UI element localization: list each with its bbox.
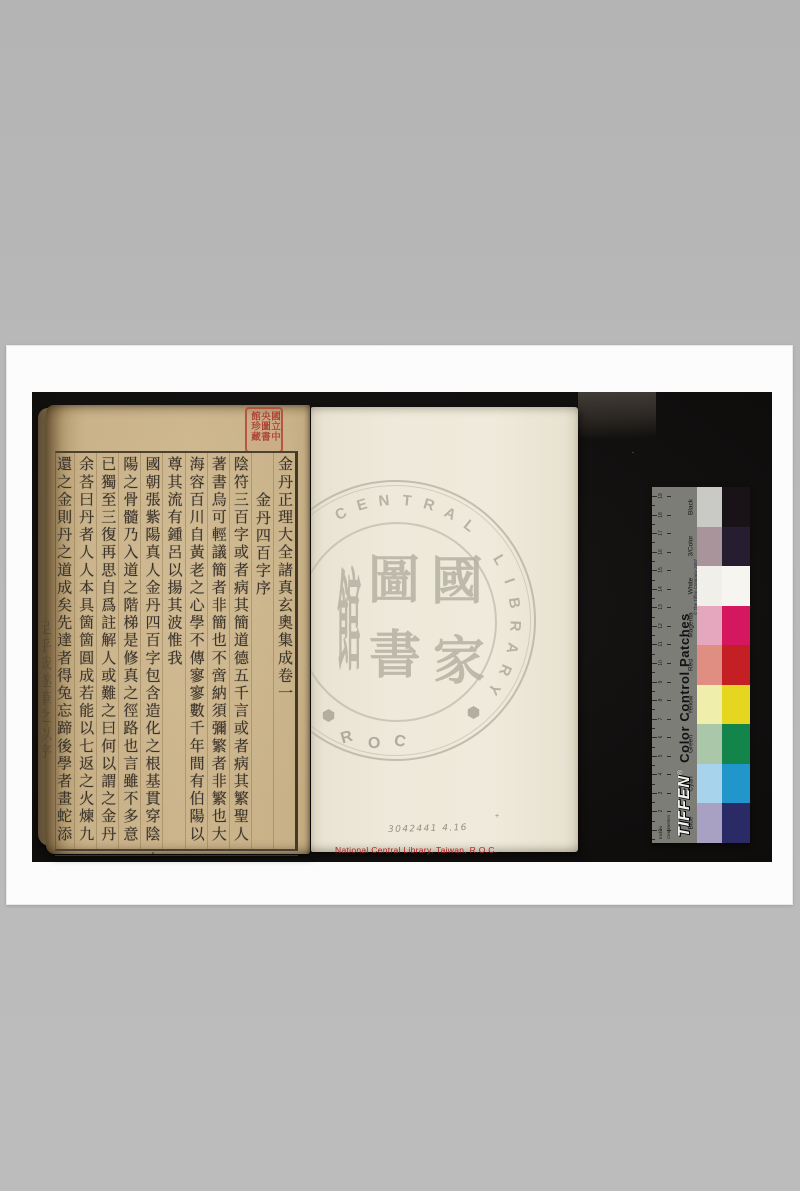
pastel-patch [697,803,722,843]
stamp-seal-char-shu: 書 [368,619,422,695]
text-column: 陽之骨髓乃入道之階梯是修真之徑路也言雖不多意 [118,453,140,849]
tiffen-color-control-strip: TIFFEN®Color Control Patches © The Tiffe… [652,487,750,843]
saturated-patch [722,724,750,764]
color-patch-row [697,527,750,567]
bottom-double-rule [55,855,298,857]
ruler-number: 15 [658,566,664,574]
ruler-tick [652,533,657,534]
stamp-arc-letter: B [505,596,523,609]
ruler-minor-tick [652,709,655,710]
ruler-tick [667,830,671,831]
ruler-number: 3 [658,789,664,797]
ruler-number: 1 [658,826,664,834]
pencil-accession-note: 3042441 4.16 [388,823,468,835]
ruler-tick [652,552,657,553]
patch-label: White [688,578,695,595]
ruler-tick [667,793,671,794]
stamp-seal-char-guo: 國 [430,545,484,621]
library-collection-seal: 國立中 央圖書 館珍藏 [245,407,283,453]
ruler-number: 17 [658,529,664,537]
ruler-tick [652,719,657,720]
color-patch-row [697,645,750,685]
ruler-minor-tick [652,505,655,506]
ruler-number: 13 [658,603,664,611]
stamp-arc-letter: R [507,620,524,632]
color-patch-row [697,606,750,646]
dust-speck [152,852,154,854]
ruler-minor-tick [652,561,655,562]
book-cover-edge [578,392,656,438]
patch-label: 3/Color [688,536,695,557]
text-column: 已獨至三復再思自爲註解人或難之曰何以謂之金丹 [96,453,118,849]
ruler-number: 16 [658,548,664,556]
ruler-number: 2 [658,807,664,815]
ruler-minor-tick [652,617,655,618]
ruler-tick [667,737,671,738]
ruler-minor-tick [652,598,655,599]
ruler-minor-tick [652,691,655,692]
ruler-tick [667,570,671,571]
stamp-seal-char-jia: 家 [432,625,486,701]
ruler-tick [652,774,657,775]
stamp-roc-letter: O [368,735,381,753]
color-patch-row [697,685,750,725]
ruler-tick [652,626,657,627]
pastel-patch [697,645,722,685]
patch-label: Yellow [688,695,695,714]
text-column: 余荅曰丹者人人本具箇箇圓成若能以七返之火煉九 [74,453,96,849]
ruler-minor-tick [652,802,655,803]
saturated-patch [722,487,750,527]
ruler-minor-tick [652,728,655,729]
seal-column: 國立中 [269,411,279,449]
ruler-minor-tick [652,635,655,636]
ruler-tick [667,589,671,590]
ruler-tick [652,589,657,590]
stamp-arc-letter: N [378,492,390,510]
patch-label: Red [688,659,695,671]
patch-label: Black [688,499,695,515]
ruler-minor-tick [652,524,655,525]
patch-label: Green [688,735,695,753]
ruler-number: 18 [658,511,664,519]
ruler-minor-tick [652,542,655,543]
pastel-patch [697,527,722,567]
woodblock-text-frame: 金丹正理大全諸真玄奧集成卷一金丹四百字序陰符三百字或者病其簡道德五千言或者病其繁… [55,451,298,851]
ruler-tick [652,682,657,683]
vertical-text-columns: 金丹正理大全諸真玄奧集成卷一金丹四百字序陰符三百字或者病其簡道德五千言或者病其繁… [56,453,295,849]
ruler-tick [652,811,657,812]
stamp-seal-char-tu: 圖 [367,544,421,620]
ruler-number: 4 [658,770,664,778]
registered-mark: ® [678,770,685,775]
dust-speck: + [495,813,499,820]
ruler-number: 7 [658,715,664,723]
ruler-number: 9 [658,678,664,686]
right-page: 館 圖 書 國 家 NATIONALCENTRALLIBRARY R O C 3… [311,407,578,852]
patch-label: Blue [688,817,695,830]
color-patch-row [697,724,750,764]
ruler-tick [667,663,671,664]
ruler-number: 8 [658,696,664,704]
pastel-patch [697,566,722,606]
ruler-tick [667,644,671,645]
ruler-tick [652,570,657,571]
pastel-patch [697,764,722,804]
text-column: 海容百川自黃老之心學不傳寥寥數千年間有伯陽以 [185,453,207,849]
ruler-tick [652,607,657,608]
ruler-number: 6 [658,733,664,741]
ruler-tick [667,552,671,553]
ruler-minor-tick [652,672,655,673]
saturated-patch [722,803,750,843]
text-column: 國朝張紫陽真人金丹四百字包含造化之根基貫穿陰 [140,453,162,849]
ruler-tick [652,756,657,757]
ruler-minor-tick [652,747,655,748]
color-patch-row [697,803,750,843]
ruler-number: 14 [658,585,664,593]
ruler-tick [652,663,657,664]
seal-column: 央圖書 [259,411,269,449]
seal-column: 館珍藏 [249,411,259,449]
saturated-patch [722,527,750,567]
digital-watermark-text: National Central Library, Taiwan, R.O.C. [335,845,497,855]
pastel-patch [697,685,722,725]
ruler-tick [667,682,671,683]
left-page: 國立中 央圖書 館珍藏 足乎哉遂筆之以序 金丹正理大全諸真玄奧集成卷一金丹四百字… [46,405,310,854]
ruler-unit-centimeters: Centimeters [666,815,671,839]
text-column: 尊其流有鍾呂以揚其波惟我 [162,453,184,849]
text-column: 著書烏可輕議簡者非簡也不啻納須彌繁者非繁也大 [207,453,229,849]
library-embossed-stamp: 館 圖 書 國 家 NATIONALCENTRALLIBRARY [311,480,536,761]
ruler-number: 5 [658,752,664,760]
ruler-tick [667,811,671,812]
color-patch-row [697,487,750,527]
ruler-tick [652,515,657,516]
ruler-tick [652,793,657,794]
ruler-tick [652,700,657,701]
ruler-tick [667,533,671,534]
stamp-arc-letter: T [401,492,412,510]
ruler-minor-tick [652,765,655,766]
saturated-patch [722,764,750,804]
ruler-number: 11 [658,640,664,648]
pastel-patch [697,606,722,646]
pastel-patch [697,724,722,764]
color-patch-row [697,764,750,804]
ruler-minor-tick [652,784,655,785]
patch-label: Magenta [688,613,695,638]
text-column: 還之金則丹之道成矣先達者得兔忘蹄後學者畫蛇添 [56,453,74,849]
ruler-tick [652,496,657,497]
ruler-tick [667,496,671,497]
ruler-number: 19 [658,492,664,500]
scanner-background: 國立中 央圖書 館珍藏 足乎哉遂筆之以序 金丹正理大全諸真玄奧集成卷一金丹四百字… [32,392,772,862]
fold-text-fragments: 足乎哉遂筆之以序 [42,620,55,848]
saturated-patch [722,606,750,646]
dust-speck [632,452,634,453]
book-scan-viewport: 國立中 央圖書 館珍藏 足乎哉遂筆之以序 金丹正理大全諸真玄奧集成卷一金丹四百字… [0,0,800,1191]
ruler-tick [667,719,671,720]
strip-brand-line: TIFFEN®Color Control Patches [676,613,694,837]
stamp-seal-char-guan: 館 [337,550,361,697]
saturated-patch [722,645,750,685]
pastel-patch [697,487,722,527]
ruler-tick [667,607,671,608]
ruler-minor-tick [652,580,655,581]
ruler-tick [652,644,657,645]
ruler-tick [667,700,671,701]
patch-label: Cyan [688,776,695,791]
text-column: 陰符三百字或者病其簡道德五千言或者病其繁聖人 [229,453,251,849]
ruler-tick [667,756,671,757]
saturated-patch [722,566,750,606]
ruler-minor-tick [652,654,655,655]
ruler-number: 10 [658,659,664,667]
ruler-tick [667,515,671,516]
saturated-patch [722,685,750,725]
ruler-minor-tick [652,821,655,822]
color-patch-row [697,566,750,606]
ruler-tick [652,830,657,831]
ruler-tick [652,737,657,738]
ruler-minor-tick [652,839,655,840]
ruler-number: 12 [658,622,664,630]
ruler-tick [667,626,671,627]
text-column: 金丹四百字序 [251,453,273,849]
title-column: 金丹正理大全諸真玄奧集成卷一 [273,453,295,849]
ruler-tick [667,774,671,775]
